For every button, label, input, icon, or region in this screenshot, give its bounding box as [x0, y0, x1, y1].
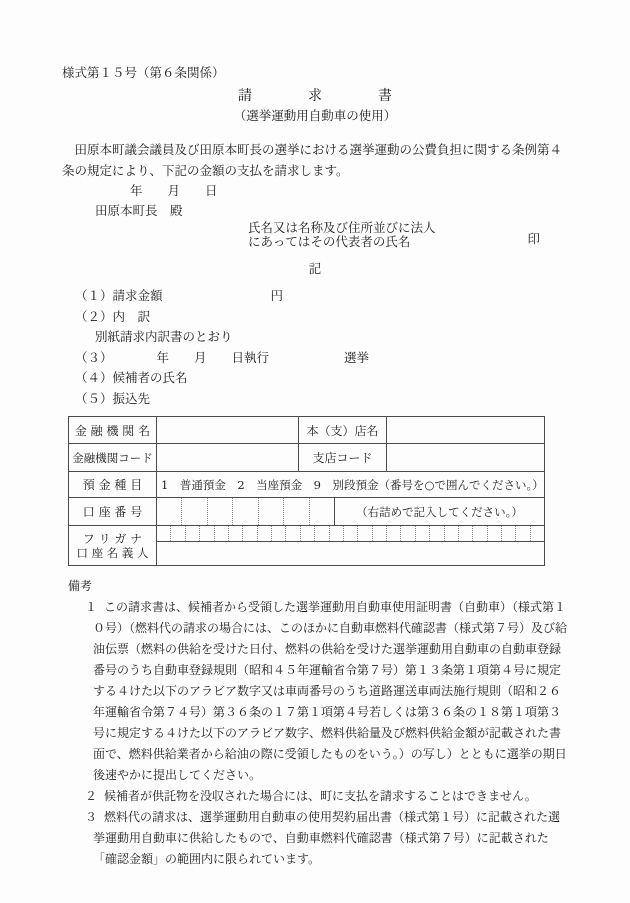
furigana-label: フ リ ガ ナ — [83, 532, 142, 546]
bank-transfer-table: 金 融 機 関 名 本（支）店名 金融機関コード 支店コード 預 金 種 目 1… — [68, 416, 545, 566]
remark-item-3: ３燃料代の請求は、選挙運動用自動車の使用契約届出書（様式第１号）に記載された選挙… — [93, 807, 568, 870]
item1-number: （１） — [75, 288, 113, 303]
table-row-account-number: 口 座 番 号 （右詰めで記入してください。） — [69, 497, 544, 525]
remark-3-number: ３ — [85, 810, 97, 824]
account-holder-fields — [156, 526, 544, 565]
item4-label: 候補者の氏名 — [113, 370, 188, 385]
request-item-2: （２）内 訳 — [75, 307, 568, 328]
item4-number: （４） — [75, 370, 113, 385]
account-holder-label: 口 座 名 義 人 — [76, 546, 148, 560]
item1-unit: 円 — [271, 288, 284, 303]
table-row-codes: 金融機関コード 支店コード — [69, 443, 544, 471]
table-row-account-holder: フ リ ガ ナ 口 座 名 義 人 — [69, 525, 544, 565]
head-branch-input[interactable] — [386, 417, 544, 443]
account-number-label: 口 座 番 号 — [69, 498, 156, 525]
page-subtitle: （選挙運動用自動車の使用） — [62, 107, 568, 125]
request-item-2-sub: 別紙請求内訳書のとおり — [95, 327, 568, 348]
institution-code-label: 金融機関コード — [69, 444, 156, 471]
financial-institution-label: 金 融 機 関 名 — [69, 417, 156, 443]
addressee-line: 田原本町長 殿 — [95, 201, 568, 221]
remarks-heading: 備考 — [68, 576, 568, 597]
remark-1-text: この請求書は、候補者から受領した選挙運動用自動車使用証明書（自動車）（様式第１０… — [93, 600, 567, 782]
item2-label: 内 訳 — [113, 309, 151, 324]
form-number: 様式第１５号（第６条関係） — [62, 64, 568, 81]
financial-institution-input[interactable] — [156, 417, 298, 443]
table-row-deposit-type: 預 金 種 目 1 普通預金 2 当座預金 9 別段預金（番号を○で囲んでくださ… — [69, 471, 544, 497]
request-item-5: （５）振込先 — [75, 389, 568, 410]
deposit-type-options[interactable]: 1 普通預金 2 当座預金 9 別段預金（番号を○で囲んでください。） — [156, 472, 544, 497]
deposit-type-label: 預 金 種 目 — [69, 472, 156, 497]
account-number-boxes[interactable] — [156, 498, 334, 525]
item3-number: （３） — [75, 350, 113, 365]
record-heading: 記 — [62, 260, 568, 278]
document-page: 様式第１５号（第６条関係） 請 求 書 （選挙運動用自動車の使用） 田原本町議会… — [0, 0, 630, 870]
account-number-note: （右詰めで記入してください。） — [334, 498, 544, 525]
table-row-institution: 金 融 機 関 名 本（支）店名 — [69, 417, 544, 443]
request-item-3: （３）年 月 日執行選挙 — [75, 348, 568, 369]
date-blank-line: 年 月 日 — [130, 181, 568, 201]
branch-code-label: 支店コード — [298, 444, 386, 471]
item2-number: （２） — [75, 309, 113, 324]
item5-number: （５） — [75, 391, 113, 406]
head-branch-label: 本（支）店名 — [298, 417, 386, 443]
item5-label: 振込先 — [113, 391, 151, 406]
name-note-line2: にあってはその代表者の氏名 — [248, 235, 568, 249]
account-holder-input[interactable] — [157, 542, 544, 565]
remarks-section: 備考 １この請求書は、候補者から受領した選挙運動用自動車使用証明書（自動車）（様… — [62, 576, 568, 870]
item3-date-blanks: 年 月 日執行 — [157, 350, 270, 365]
item3-suffix: 選挙 — [344, 350, 369, 365]
furigana-boxes[interactable] — [157, 526, 544, 542]
name-note-block: 氏名又は名称及び住所並びに法人 にあってはその代表者の氏名 印 — [248, 221, 568, 249]
account-holder-labels: フ リ ガ ナ 口 座 名 義 人 — [69, 526, 156, 565]
remark-item-1: １この請求書は、候補者から受領した選挙運動用自動車使用証明書（自動車）（様式第１… — [93, 597, 568, 786]
remark-1-number: １ — [85, 600, 97, 614]
request-item-4: （４）候補者の氏名 — [75, 368, 568, 389]
body-paragraph: 田原本町議会議員及び田原本町長の選挙における選挙運動の公費負担に関する条例第４条… — [62, 139, 568, 181]
remark-2-text: 候補者が供託物を没収された場合には、町に支払を請求することはできません。 — [104, 789, 537, 803]
branch-code-input[interactable] — [386, 444, 544, 471]
seal-mark: 印 — [527, 230, 540, 248]
remark-3-text: 燃料代の請求は、選挙運動用自動車の使用契約届出書（様式第１号）に記載された選挙運… — [93, 810, 560, 866]
request-item-list: （１）請求金額円 （２）内 訳 別紙請求内訳書のとおり （３）年 月 日執行選挙… — [62, 286, 568, 409]
request-item-1: （１）請求金額円 — [75, 286, 568, 307]
item1-label: 請求金額 — [113, 288, 163, 303]
institution-code-input[interactable] — [156, 444, 298, 471]
remark-2-number: ２ — [85, 789, 97, 803]
page-title: 請 求 書 — [62, 87, 568, 105]
remark-item-2: ２候補者が供託物を没収された場合には、町に支払を請求することはできません。 — [93, 786, 568, 807]
name-note-line1: 氏名又は名称及び住所並びに法人 — [248, 221, 568, 235]
